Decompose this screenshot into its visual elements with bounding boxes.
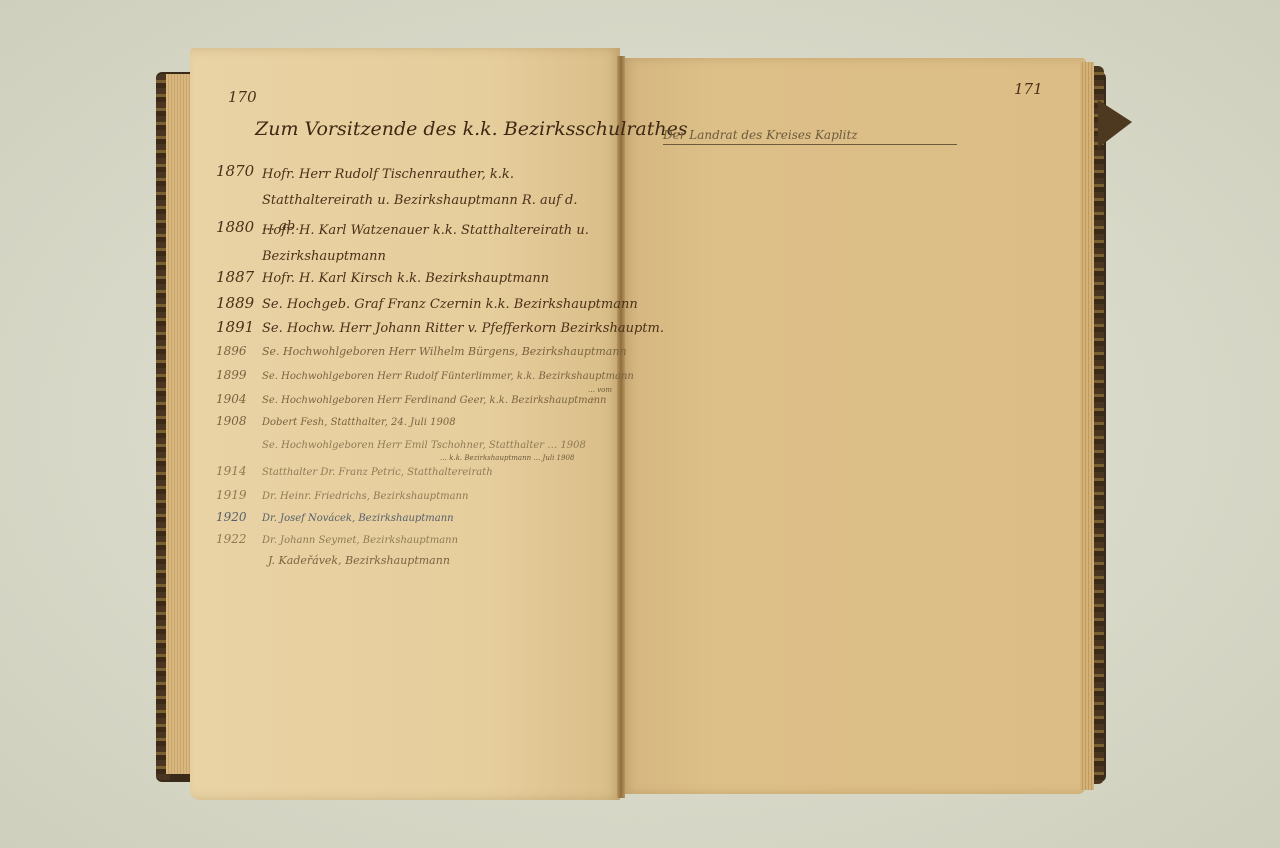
entry-text: Dr. Heinr. Friedrichs, Bezirkshauptmann (262, 491, 468, 502)
margin-note: … k.k. Bezirkshauptmann … Juli 1908 (440, 454, 574, 462)
right-page-number: 171 (1014, 80, 1043, 98)
entry-text: Se. Hochwohlgeboren Herr Rudolf Fünterli… (262, 371, 634, 382)
entry-text: Se. Hochgeb. Graf Franz Czernin k.k. Bez… (262, 297, 638, 312)
entry-year: 1920 (216, 510, 262, 524)
register-entry: 1899Se. Hochwohlgeboren Herr Rudolf Fünt… (216, 368, 634, 382)
register-entry: 1887Hofr. H. Karl Kirsch k.k. Bezirkshau… (216, 268, 549, 286)
side-note: … vom … (588, 386, 618, 402)
entry-year: 1899 (216, 368, 262, 382)
entry-text: Se. Hochw. Herr Johann Ritter v. Pfeffer… (262, 321, 664, 336)
register-entry: 1880Hofr. H. Karl Watzenauer k.k. Statth… (216, 218, 592, 270)
left-page-number: 170 (228, 88, 257, 106)
entry-text: Se. Hochwohlgeboren Herr Emil Tschohner,… (262, 440, 586, 451)
entry-year: 1922 (216, 532, 262, 546)
entry-text: Se. Hochwohlgeboren Herr Ferdinand Geer,… (262, 395, 607, 406)
entry-year: 1889 (216, 294, 262, 312)
entry-year: 1896 (216, 344, 262, 358)
register-entry: 1922Dr. Johann Seymet, Bezirkshauptmann (216, 532, 458, 546)
entry-year: 1904 (216, 392, 262, 406)
register-entry: 1920Dr. Josef Novácek, Bezirkshauptmann (216, 510, 454, 524)
register-entry: 1891Se. Hochw. Herr Johann Ritter v. Pfe… (216, 318, 664, 336)
entry-text: Se. Hochwohlgeboren Herr Wilhelm Bürgens… (262, 345, 627, 358)
entry-text: Statthalter Dr. Franz Petric, Statthalte… (262, 467, 493, 478)
right-page (622, 58, 1086, 794)
entry-text: Hofr. H. Karl Watzenauer k.k. Statthalte… (262, 218, 592, 270)
torn-cover-corner (1098, 100, 1132, 148)
register-entry: 1914Statthalter Dr. Franz Petric, Statth… (216, 464, 493, 478)
register-entry: 1889Se. Hochgeb. Graf Franz Czernin k.k.… (216, 294, 638, 312)
book-gutter (617, 56, 625, 798)
register-entry: J. Kadeřávek, Bezirkshauptmann (268, 554, 450, 567)
entry-text: J. Kadeřávek, Bezirkshauptmann (268, 554, 450, 567)
entry-year: 1908 (216, 414, 262, 428)
entry-text: Dobert Fesh, Statthalter, 24. Juli 1908 (262, 417, 456, 428)
entry-year: 1887 (216, 268, 262, 286)
entry-year: 1870 (216, 162, 262, 180)
entry-year: 1914 (216, 464, 262, 478)
entry-text: Dr. Johann Seymet, Bezirkshauptmann (262, 535, 458, 546)
right-page-title: Der Landrat des Kreises Kaplitz (663, 128, 957, 145)
register-entry: 1908Dobert Fesh, Statthalter, 24. Juli 1… (216, 414, 456, 428)
entry-text: Hofr. H. Karl Kirsch k.k. Bezirkshauptma… (262, 271, 549, 286)
right-page-stack (1080, 62, 1094, 790)
entry-text: Dr. Josef Novácek, Bezirkshauptmann (262, 513, 454, 524)
register-entry: Se. Hochwohlgeboren Herr Emil Tschohner,… (262, 440, 586, 451)
register-entry: 1904Se. Hochwohlgeboren Herr Ferdinand G… (216, 392, 607, 406)
entry-year: 1919 (216, 488, 262, 502)
register-entry: 1919Dr. Heinr. Friedrichs, Bezirkshauptm… (216, 488, 468, 502)
left-page-title: Zum Vorsitzende des k.k. Bezirksschulrat… (255, 118, 688, 140)
entry-year: 1891 (216, 318, 262, 336)
entry-year: 1880 (216, 218, 262, 236)
register-entry: 1896Se. Hochwohlgeboren Herr Wilhelm Bür… (216, 344, 627, 358)
